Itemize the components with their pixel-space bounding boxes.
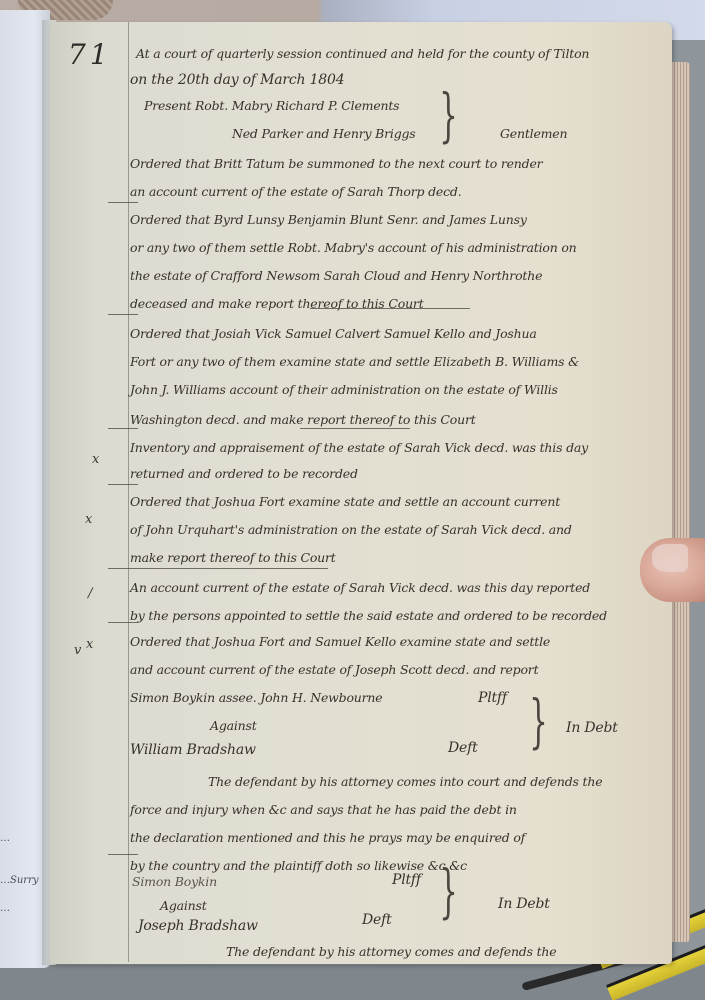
case-body-line: force and injury when &c and says that h… xyxy=(130,802,517,817)
thumbnail xyxy=(652,544,688,572)
order-line: Fort or any two of them examine state an… xyxy=(130,354,579,369)
margin-stroke xyxy=(108,202,138,203)
line-end-stroke xyxy=(300,428,410,429)
order-line: Ordered that Josiah Vick Samuel Calvert … xyxy=(130,326,537,341)
line-end-stroke xyxy=(108,568,328,569)
justices-present-2: Ned Parker and Henry Briggs xyxy=(232,126,416,141)
margin-mark: v xyxy=(74,643,81,658)
order-line: an account current of the estate of Sara… xyxy=(130,184,461,199)
order-line: by the persons appointed to settle the s… xyxy=(130,608,607,623)
left-page-fragment: … xyxy=(0,833,10,844)
margin-mark: x xyxy=(85,512,92,527)
case-defendant: Joseph Bradshaw xyxy=(138,918,258,934)
case-against: Against xyxy=(210,718,257,733)
order-line: Ordered that Joshua Fort and Samuel Kell… xyxy=(130,634,550,649)
case-action: In Debt xyxy=(566,720,618,736)
order-line: Washington decd. and make report thereof… xyxy=(130,412,476,427)
order-line: Ordered that Britt Tatum be summoned to … xyxy=(130,156,542,171)
margin-mark: / xyxy=(88,586,92,601)
session-date: on the 20th day of March 1804 xyxy=(130,72,344,88)
margin-stroke xyxy=(108,314,138,315)
order-line: Ordered that Byrd Lunsy Benjamin Blunt S… xyxy=(130,212,527,227)
line-end-stroke xyxy=(310,308,470,309)
justices-label: Gentlemen xyxy=(500,126,567,141)
left-page-fragment: … xyxy=(0,903,10,914)
case-body-line: The defendant by his attorney comes and … xyxy=(226,944,556,959)
margin-mark: x xyxy=(86,637,93,652)
order-line: make report thereof to this Court xyxy=(130,550,336,565)
justices-present: Present Robt. Mabry Richard P. Clements xyxy=(144,98,399,113)
margin-stroke xyxy=(108,854,138,855)
case-body-line: by the country and the plaintiff doth so… xyxy=(130,858,467,873)
plaintiff-tag: Pltff xyxy=(478,690,507,706)
case-brace: } xyxy=(529,692,547,750)
order-line: or any two of them settle Robt. Mabry's … xyxy=(130,240,577,255)
justices-brace: } xyxy=(439,86,457,144)
case-against: Against xyxy=(160,898,207,913)
left-page-fragment: …Surry xyxy=(0,875,39,886)
plaintiff-tag: Pltff xyxy=(392,872,421,888)
order-line: Ordered that Joshua Fort examine state a… xyxy=(130,494,560,509)
case-brace: } xyxy=(439,862,457,920)
session-heading: At a court of quarterly session continue… xyxy=(136,46,589,61)
case-plaintiff: Simon Boykin xyxy=(132,874,217,889)
case-defendant: William Bradshaw xyxy=(130,742,256,758)
order-line: returned and ordered to be recorded xyxy=(130,466,358,481)
case-action: In Debt xyxy=(498,896,550,912)
margin-rule xyxy=(128,22,129,962)
order-line: An account current of the estate of Sara… xyxy=(130,580,590,595)
defendant-tag: Deft xyxy=(362,912,392,928)
margin-mark: x xyxy=(92,452,99,467)
order-line: of John Urquhart's administration on the… xyxy=(130,522,572,537)
margin-stroke xyxy=(108,622,138,623)
order-line: the estate of Crafford Newsom Sarah Clou… xyxy=(130,268,542,283)
case-body-line: the declaration mentioned and this he pr… xyxy=(130,830,525,845)
order-line: and account current of the estate of Jos… xyxy=(130,662,538,677)
defendant-tag: Deft xyxy=(448,740,478,756)
margin-stroke xyxy=(108,484,138,485)
page-number: 71 xyxy=(68,38,112,71)
case-plaintiff: Simon Boykin assee. John H. Newbourne xyxy=(130,690,382,705)
order-line: Inventory and appraisement of the estate… xyxy=(130,440,588,455)
order-line: John J. Williams account of their admini… xyxy=(130,382,558,397)
case-body-line: The defendant by his attorney comes into… xyxy=(208,774,602,789)
margin-stroke xyxy=(108,428,138,429)
